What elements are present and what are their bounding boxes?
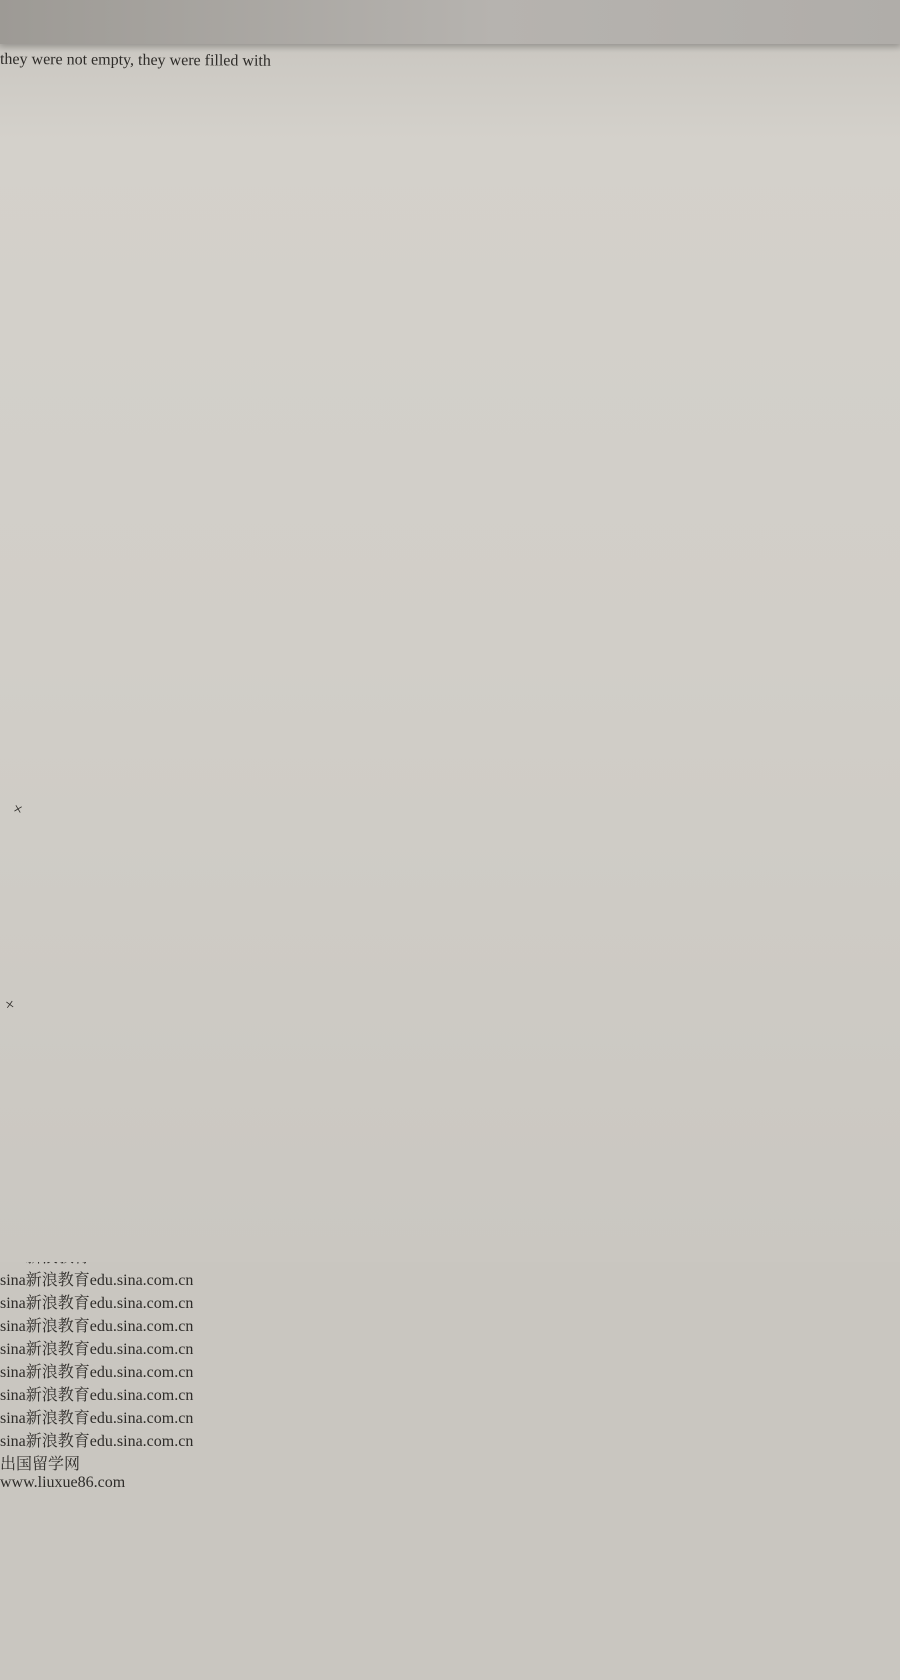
sina-brand-text: sina	[0, 1387, 26, 1404]
sina-logo-row: sina新浪教育	[0, 1318, 90, 1335]
sina-watermark: sina新浪教育edu.sina.com.cn	[0, 1382, 900, 1405]
url-prefix: www.liuxue	[0, 1474, 78, 1491]
sina-domain-text: edu.sina.com.cn	[90, 1318, 194, 1335]
sina-watermark: sina新浪教育edu.sina.com.cn	[0, 1428, 900, 1451]
sina-brand-text: sina	[0, 1318, 26, 1335]
sina-watermark: sina新浪教育edu.sina.com.cn	[0, 1313, 900, 1336]
sina-brand-cn: 新浪教育	[26, 1318, 90, 1335]
liuxue86-url: www.liuxue86.com	[0, 1474, 900, 1492]
sina-brand-cn: 新浪教育	[26, 1295, 90, 1312]
sina-brand-text: sina	[0, 1433, 26, 1450]
sina-domain-text: edu.sina.com.cn	[90, 1364, 194, 1381]
sina-logo-row: sina新浪教育	[0, 1341, 90, 1358]
sina-logo-row: sina新浪教育	[0, 1272, 90, 1289]
sina-brand-cn: 新浪教育	[26, 1410, 90, 1427]
sina-logo-row: sina新浪教育	[0, 1410, 90, 1427]
sina-logo-row: sina新浪教育	[0, 1387, 90, 1404]
sina-domain-text: edu.sina.com.cn	[90, 1341, 194, 1358]
sina-domain-text: edu.sina.com.cn	[90, 1387, 194, 1404]
sina-domain-text: edu.sina.com.cn	[90, 1295, 194, 1312]
sina-watermark: sina新浪教育edu.sina.com.cn	[0, 1267, 900, 1290]
sina-logo-row: sina新浪教育	[0, 1295, 90, 1312]
sina-brand-cn: 新浪教育	[26, 1433, 90, 1450]
sina-brand-cn: 新浪教育	[26, 1341, 90, 1358]
sina-domain-text: edu.sina.com.cn	[90, 1433, 194, 1450]
sina-brand-text: sina	[0, 1410, 26, 1427]
sina-logo-row: sina新浪教育	[0, 1364, 90, 1381]
sina-domain-text: edu.sina.com.cn	[90, 1272, 194, 1289]
sina-watermark: sina新浪教育edu.sina.com.cn	[0, 1405, 900, 1428]
page1-paper	[0, 0, 900, 1262]
url-number: 86	[78, 1474, 94, 1491]
sina-domain-text: edu.sina.com.cn	[90, 1410, 194, 1427]
url-suffix: .com	[94, 1474, 126, 1491]
sina-brand-cn: 新浪教育	[26, 1387, 90, 1404]
sina-watermark: sina新浪教育edu.sina.com.cn	[0, 1359, 900, 1382]
sina-watermark: sina新浪教育edu.sina.com.cn	[0, 1290, 900, 1313]
sina-watermark: sina新浪教育edu.sina.com.cn	[0, 1336, 900, 1359]
sina-brand-cn: 新浪教育	[26, 1364, 90, 1381]
sina-brand-text: sina	[0, 1295, 26, 1312]
page1-top-edge	[0, 0, 900, 44]
sina-brand-text: sina	[0, 1341, 26, 1358]
sina-brand-text: sina	[0, 1364, 26, 1381]
sina-brand-text: sina	[0, 1272, 26, 1289]
liuxue86-site-name: 出国留学网	[0, 1451, 900, 1474]
scanned-exam-photo: -16- -17- C. I know it already they were…	[0, 0, 900, 1680]
sina-logo-row: sina新浪教育	[0, 1433, 90, 1450]
sina-brand-cn: 新浪教育	[26, 1272, 90, 1289]
liuxue86-watermark: 出国留学网 www.liuxue86.com	[0, 1451, 900, 1492]
